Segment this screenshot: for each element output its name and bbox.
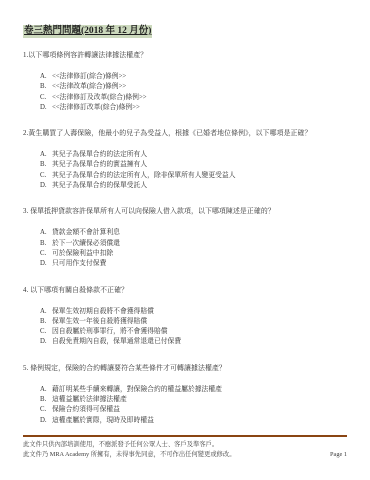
question-text: 3. 保單抵押貸款容許保單所有人可以向保險人借入款項，以下哪項陳述是正確的？ — [23, 207, 347, 216]
option-text: 其兒子為保單合約的保單受託人 — [52, 181, 347, 190]
question-1: 1.以下哪項條例容許轉讓法律據法權產？ A. <<法律修訂(綜合)條例>> B.… — [23, 51, 347, 113]
option-text: 其兒子為保單合約的法定所有人 — [52, 150, 347, 159]
options-list: A. 其兒子為保單合約的法定所有人 B. 其兒子為保單合約的實益擁有人 C. 其… — [40, 150, 347, 191]
question-text: 2.黃生購買了人壽保險，他最小的兒子為受益人，根據《已婚者地位條例》，以下哪項是… — [23, 129, 347, 138]
footer-disclaimer-line1: 此文件只供內部培訓使用，不應派發予任何公眾人士、客戶及準客戶。 — [23, 440, 218, 450]
option-row: C. <<法律修訂及改革(綜合)條例>> — [40, 93, 347, 103]
options-list: A. 保單生效初期自殺將不會獲得賠償 B. 保單生效一年後自殺將獲得賠償 C. … — [40, 307, 347, 348]
option-row: A. 保單生效初期自殺將不會獲得賠償 — [40, 307, 347, 317]
option-row: A. 貸款金額不會計算利息 — [40, 228, 347, 238]
options-list: A. <<法律修訂(綜合)條例>> B. <<法律改革(綜合)條例>> C. <… — [40, 72, 347, 113]
option-row: A. 藉訂明某些手續來轉讓，對保險合約的權益屬於據法權產 — [40, 385, 347, 395]
option-letter: A. — [40, 385, 52, 394]
option-text: 保險合約須得可保權益 — [52, 405, 347, 414]
footer-disclaimer-line2: 此文件乃 MRA Academy 所擁有，未得事先同意，不可作出任何變更或修改。 — [23, 450, 236, 460]
option-row: D. 其兒子為保單合約的保單受託人 — [40, 181, 347, 191]
option-text: 可於保險利益中扣除 — [52, 249, 347, 258]
option-letter: C. — [40, 171, 52, 180]
option-text: 這權產屬於實際，現時及即時權益 — [52, 416, 347, 425]
option-text: 於下一次續保必須償還 — [52, 239, 347, 248]
option-letter: D. — [40, 416, 52, 425]
question-5: 5. 條例規定，保險的合約轉讓要符合某些條件才可轉讓據法權產？ A. 藉訂明某些… — [23, 364, 347, 426]
option-letter: B. — [40, 82, 52, 91]
option-text: 因自殺屬於刑事罪行，將不會獲得賠償 — [52, 327, 347, 336]
option-row: B. <<法律改革(綜合)條例>> — [40, 82, 347, 92]
document-page: 卷三熱門問題(2018 年 12 月份) 1.以下哪項條例容許轉讓法律據法權產？… — [0, 0, 370, 480]
option-letter: B. — [40, 317, 52, 326]
option-letter: C. — [40, 405, 52, 414]
option-letter: D. — [40, 259, 52, 268]
option-row: B. 保單生效一年後自殺將獲得賠償 — [40, 317, 347, 327]
option-row: C. 因自殺屬於刑事罪行，將不會獲得賠償 — [40, 327, 347, 337]
option-row: C. 其兒子為保單合約的法定所有人，除非保單所有人變更受益人 — [40, 171, 347, 181]
question-4: 4. 以下哪項有關自殺條款不正確？ A. 保單生效初期自殺將不會獲得賠償 B. … — [23, 286, 347, 348]
option-text: 只可用作支付保費 — [52, 259, 347, 268]
option-text: 保單生效初期自殺將不會獲得賠償 — [52, 307, 347, 316]
page-footer: 此文件只供內部培訓使用，不應派發予任何公眾人士、客戶及準客戶。 此文件乃 MRA… — [23, 435, 347, 459]
option-text: <<法律修訂(綜合)條例>> — [52, 72, 347, 81]
option-text: 保單生效一年後自殺將獲得賠償 — [52, 317, 347, 326]
question-text: 1.以下哪項條例容許轉讓法律據法權產？ — [23, 51, 347, 60]
option-text: 自殺免責期內自殺，保單通常退還已付保費 — [52, 337, 347, 346]
option-row: D. <<法律修訂改革(綜合)條例>> — [40, 103, 347, 113]
option-letter: D. — [40, 181, 52, 190]
option-row: A. 其兒子為保單合約的法定所有人 — [40, 150, 347, 160]
option-letter: D. — [40, 337, 52, 346]
page-number: Page 1 — [330, 450, 347, 460]
options-list: A. 藉訂明某些手續來轉讓，對保險合約的權益屬於據法權產 B. 這權益屬於法律據… — [40, 385, 347, 426]
option-text: <<法律修訂及改革(綜合)條例>> — [52, 93, 347, 102]
option-text: <<法律修訂改革(綜合)條例>> — [52, 103, 347, 112]
option-row: D. 自殺免責期內自殺，保單通常退還已付保費 — [40, 337, 347, 347]
option-letter: C. — [40, 327, 52, 336]
option-row: B. 其兒子為保單合約的實益擁有人 — [40, 160, 347, 170]
question-text: 4. 以下哪項有關自殺條款不正確？ — [23, 286, 347, 295]
option-letter: A. — [40, 72, 52, 81]
option-letter: C. — [40, 93, 52, 102]
question-3: 3. 保單抵押貸款容許保單所有人可以向保險人借入款項，以下哪項陳述是正確的？ A… — [23, 207, 347, 269]
option-letter: D. — [40, 103, 52, 112]
option-letter: A. — [40, 307, 52, 316]
option-row: A. <<法律修訂(綜合)條例>> — [40, 72, 347, 82]
option-text: 其兒子為保單合約的法定所有人，除非保單所有人變更受益人 — [52, 171, 347, 180]
option-row: D. 這權產屬於實際，現時及即時權益 — [40, 416, 347, 426]
option-row: C. 可於保險利益中扣除 — [40, 249, 347, 259]
option-letter: B. — [40, 160, 52, 169]
option-row: C. 保險合約須得可保權益 — [40, 405, 347, 415]
page-title: 卷三熱門問題(2018 年 12 月份) — [23, 25, 152, 38]
option-letter: A. — [40, 150, 52, 159]
option-letter: C. — [40, 249, 52, 258]
option-letter: B. — [40, 395, 52, 404]
option-text: <<法律改革(綜合)條例>> — [52, 82, 347, 91]
option-letter: A. — [40, 228, 52, 237]
question-text: 5. 條例規定，保險的合約轉讓要符合某些條件才可轉讓據法權產？ — [23, 364, 347, 373]
option-row: B. 於下一次續保必須償還 — [40, 239, 347, 249]
question-2: 2.黃生購買了人壽保險，他最小的兒子為受益人，根據《已婚者地位條例》，以下哪項是… — [23, 129, 347, 191]
option-text: 其兒子為保單合約的實益擁有人 — [52, 160, 347, 169]
option-text: 藉訂明某些手續來轉讓，對保險合約的權益屬於據法權產 — [52, 385, 347, 394]
option-text: 這權益屬於法律據法權產 — [52, 395, 347, 404]
option-text: 貸款金額不會計算利息 — [52, 228, 347, 237]
option-letter: B. — [40, 239, 52, 248]
option-row: D. 只可用作支付保費 — [40, 259, 347, 269]
option-row: B. 這權益屬於法律據法權產 — [40, 395, 347, 405]
options-list: A. 貸款金額不會計算利息 B. 於下一次續保必須償還 C. 可於保險利益中扣除… — [40, 228, 347, 269]
